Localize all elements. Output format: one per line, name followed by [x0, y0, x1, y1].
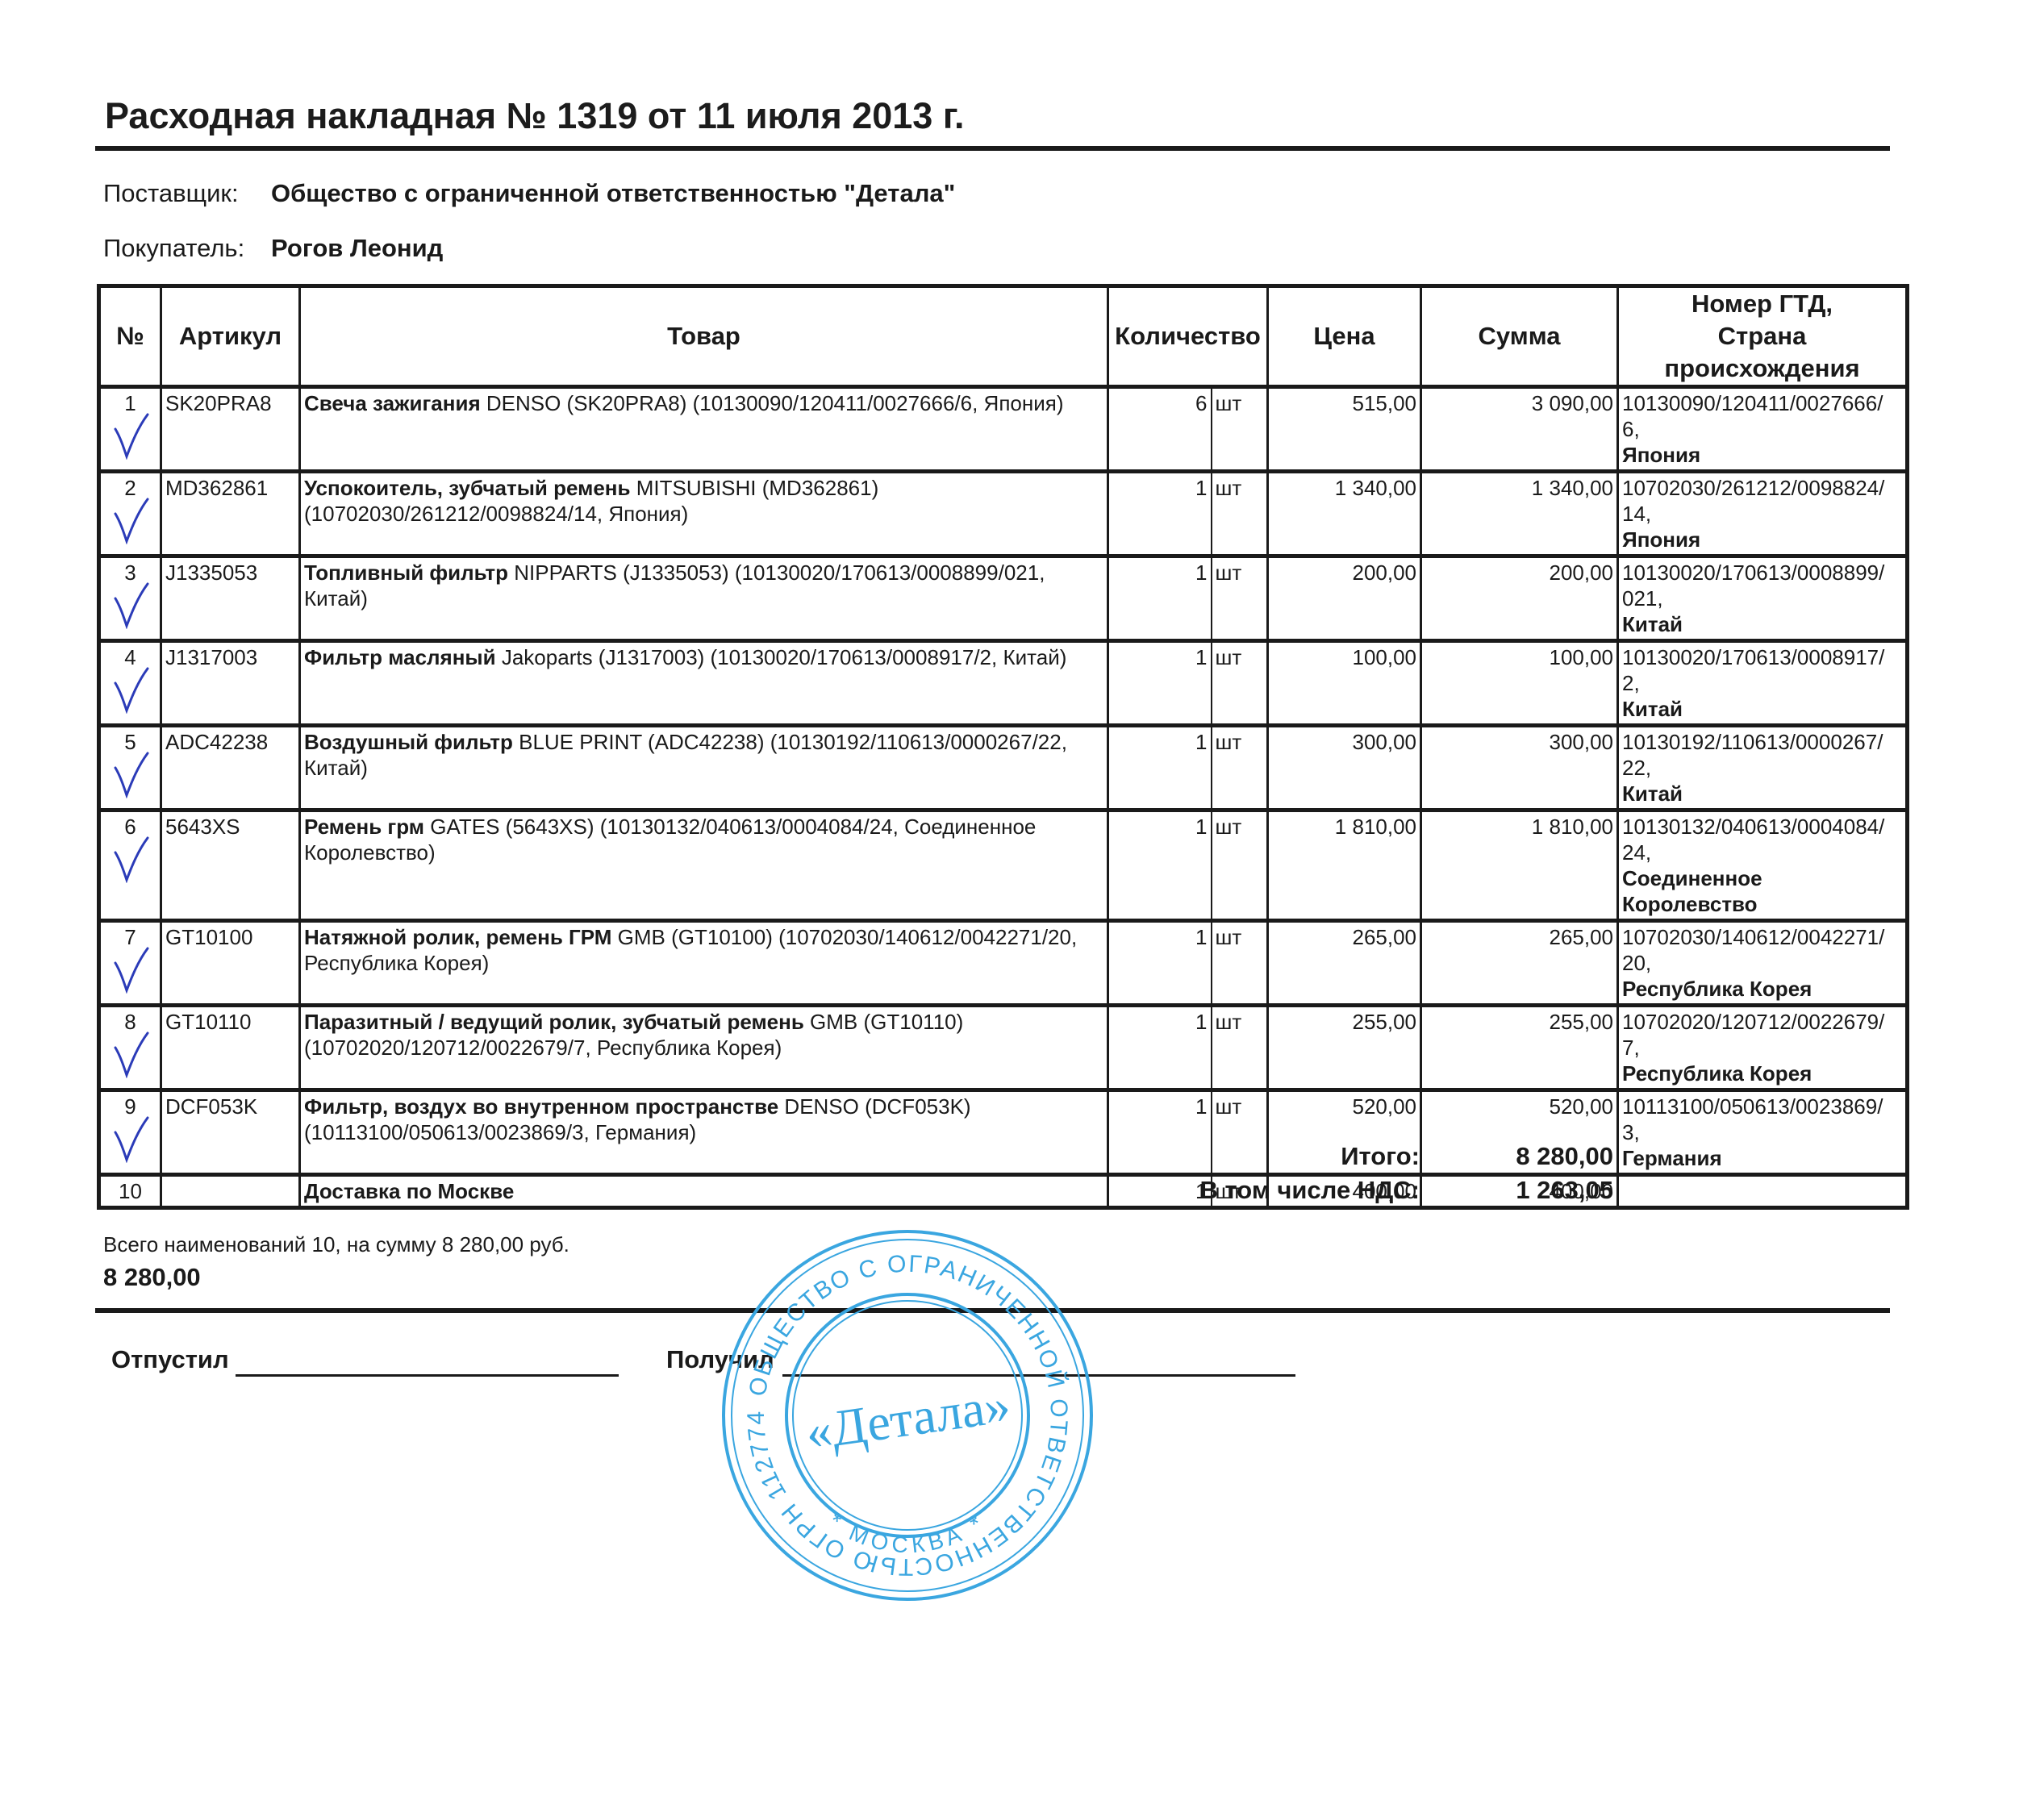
invoice-table: № Артикул Товар Количество Цена Сумма Но…	[97, 284, 1909, 1210]
row-unit: шт	[1212, 726, 1268, 811]
row-gtd: 10130020/170613/0008899/021,Китай	[1618, 556, 1908, 641]
table-row: 1SK20PRA8Свеча зажигания DENSO (SK20PRA8…	[99, 387, 1908, 472]
row-gtd-number: 10702030/261212/0098824/	[1622, 475, 1902, 501]
row-country: Республика Корея	[1622, 1061, 1902, 1086]
row-gtd-suffix: 24,	[1622, 840, 1902, 865]
row-num-cell: 7	[99, 921, 161, 1006]
row-num: 6	[124, 815, 136, 839]
table-row: 8GT10110Паразитный / ведущий ролик, зубч…	[99, 1006, 1908, 1090]
buyer-value: Рогов Леонид	[271, 234, 443, 262]
row-qty: 1	[1108, 811, 1212, 921]
row-unit: шт	[1212, 556, 1268, 641]
released-signature-line[interactable]	[236, 1374, 619, 1377]
row-gtd-suffix: 3,	[1622, 1119, 1902, 1145]
row-product-name: Фильтр масляный	[304, 645, 496, 669]
handwritten-check-icon	[112, 752, 151, 798]
row-gtd: 10702020/120712/0022679/7,Республика Кор…	[1618, 1006, 1908, 1090]
row-sum: 300,00	[1421, 726, 1618, 811]
header-product: Товар	[300, 286, 1108, 387]
header-sum: Сумма	[1421, 286, 1618, 387]
row-num: 10	[119, 1179, 142, 1203]
row-gtd: 10130192/110613/0000267/22,Китай	[1618, 726, 1908, 811]
vat-value: 1 263,05	[1452, 1176, 1613, 1205]
row-price: 1 340,00	[1268, 472, 1421, 556]
row-sum: 1 340,00	[1421, 472, 1618, 556]
total-label: Итого:	[1258, 1142, 1420, 1171]
row-price: 300,00	[1268, 726, 1421, 811]
row-gtd-suffix: 22,	[1622, 755, 1902, 781]
table-row: 4J1317003Фильтр масляный Jakoparts (J131…	[99, 641, 1908, 726]
invoice-title: Расходная накладная № 1319 от 11 июля 20…	[105, 95, 965, 137]
title-divider	[95, 146, 1890, 151]
row-article: GT10100	[161, 921, 300, 1006]
row-country: Китай	[1622, 696, 1902, 722]
row-gtd: 10702030/261212/0098824/14,Япония	[1618, 472, 1908, 556]
row-article: J1317003	[161, 641, 300, 726]
table-row: 10Доставка по Москве1шт400,00400,00	[99, 1175, 1908, 1208]
row-product: Фильтр масляный Jakoparts (J1317003) (10…	[300, 641, 1108, 726]
row-product: Топливный фильтр NIPPARTS (J1335053) (10…	[300, 556, 1108, 641]
row-article	[161, 1175, 300, 1208]
row-num: 7	[124, 925, 136, 949]
row-gtd-number: 10113100/050613/0023869/	[1622, 1094, 1902, 1119]
buyer-row: Покупатель:Рогов Леонид	[103, 234, 443, 263]
row-product: Свеча зажигания DENSO (SK20PRA8) (101300…	[300, 387, 1108, 472]
row-gtd-number: 10702020/120712/0022679/	[1622, 1009, 1902, 1035]
handwritten-check-icon	[112, 582, 151, 629]
row-qty: 1	[1108, 641, 1212, 726]
header-article: Артикул	[161, 286, 300, 387]
row-gtd-suffix: 7,	[1622, 1035, 1902, 1061]
row-gtd: 10130020/170613/0008917/2,Китай	[1618, 641, 1908, 726]
company-stamp: ОБЩЕСТВО С ОГРАНИЧЕННОЙ ОТВЕТСТВЕННОСТЬЮ…	[714, 1222, 1101, 1609]
row-article: J1335053	[161, 556, 300, 641]
row-price: 255,00	[1268, 1006, 1421, 1090]
row-country: Япония	[1622, 442, 1902, 468]
row-article: 5643XS	[161, 811, 300, 921]
row-product-details: DENSO (SK20PRA8) (10130090/120411/002766…	[481, 391, 1064, 415]
row-sum: 1 810,00	[1421, 811, 1618, 921]
header-gtd-line3: происхождения	[1621, 352, 1904, 385]
row-price: 515,00	[1268, 387, 1421, 472]
handwritten-check-icon	[112, 498, 151, 544]
row-sum: 100,00	[1421, 641, 1618, 726]
row-unit: шт	[1212, 811, 1268, 921]
table-row: 7GT10100Натяжной ролик, ремень ГРМ GMB (…	[99, 921, 1908, 1006]
table-row: 2MD362861Успокоитель, зубчатый ремень MI…	[99, 472, 1908, 556]
row-num: 8	[124, 1010, 136, 1034]
row-qty: 1	[1108, 921, 1212, 1006]
row-unit: шт	[1212, 641, 1268, 726]
handwritten-check-icon	[112, 836, 151, 883]
row-num: 3	[124, 561, 136, 585]
row-gtd-number: 10130090/120411/0027666/	[1622, 390, 1902, 416]
header-gtd: Номер ГТД, Страна происхождения	[1618, 286, 1908, 387]
row-country: Соединенное Королевство	[1622, 865, 1902, 917]
row-product: Паразитный / ведущий ролик, зубчатый рем…	[300, 1006, 1108, 1090]
row-sum: 265,00	[1421, 921, 1618, 1006]
header-quantity: Количество	[1108, 286, 1268, 387]
table-header-row: № Артикул Товар Количество Цена Сумма Но…	[99, 286, 1908, 387]
header-gtd-line1: Номер ГТД,	[1621, 288, 1904, 320]
row-sum: 3 090,00	[1421, 387, 1618, 472]
row-country: Германия	[1622, 1145, 1902, 1171]
row-gtd: 10130132/040613/0004084/24,Соединенное К…	[1618, 811, 1908, 921]
row-gtd: 10702030/140612/0042271/20,Республика Ко…	[1618, 921, 1908, 1006]
handwritten-check-icon	[112, 1031, 151, 1078]
row-product: Ремень грм GATES (5643XS) (10130132/0406…	[300, 811, 1108, 921]
row-gtd-number: 10130192/110613/0000267/	[1622, 729, 1902, 755]
row-country: Республика Корея	[1622, 976, 1902, 1002]
summary-amount: 8 280,00	[103, 1263, 201, 1292]
table-row: 9DCF053KФильтр, воздух во внутренном про…	[99, 1090, 1908, 1175]
row-product: Успокоитель, зубчатый ремень MITSUBISHI …	[300, 472, 1108, 556]
row-gtd-number: 10130020/170613/0008917/	[1622, 644, 1902, 670]
row-gtd-suffix: 021,	[1622, 586, 1902, 611]
summary-line: Всего наименований 10, на сумму 8 280,00…	[103, 1232, 569, 1257]
row-num-cell: 2	[99, 472, 161, 556]
released-label: Отпустил	[111, 1345, 229, 1374]
table-row: 3J1335053Топливный фильтр NIPPARTS (J133…	[99, 556, 1908, 641]
row-product: Воздушный фильтр BLUE PRINT (ADC42238) (…	[300, 726, 1108, 811]
row-product-name: Натяжной ролик, ремень ГРМ	[304, 925, 611, 949]
row-article: GT10110	[161, 1006, 300, 1090]
row-num: 1	[124, 391, 136, 415]
handwritten-check-icon	[112, 947, 151, 994]
row-qty: 1	[1108, 726, 1212, 811]
row-product: Натяжной ролик, ремень ГРМ GMB (GT10100)…	[300, 921, 1108, 1006]
supplier-value: Общество с ограниченной ответственностью…	[271, 179, 955, 207]
row-country: Китай	[1622, 611, 1902, 637]
row-price: 265,00	[1268, 921, 1421, 1006]
row-gtd-number: 10702030/140612/0042271/	[1622, 924, 1902, 950]
row-product-name: Свеча зажигания	[304, 391, 481, 415]
row-product-name: Ремень грм	[304, 815, 424, 839]
row-num: 5	[124, 730, 136, 754]
row-num: 2	[124, 476, 136, 500]
row-sum: 200,00	[1421, 556, 1618, 641]
row-article: ADC42238	[161, 726, 300, 811]
row-sum: 255,00	[1421, 1006, 1618, 1090]
row-qty: 1	[1108, 1090, 1212, 1175]
row-gtd-suffix: 14,	[1622, 501, 1902, 527]
row-num-cell: 5	[99, 726, 161, 811]
row-price: 200,00	[1268, 556, 1421, 641]
row-num-cell: 4	[99, 641, 161, 726]
row-num-cell: 9	[99, 1090, 161, 1175]
row-product: Доставка по Москве	[300, 1175, 1108, 1208]
row-num-cell: 3	[99, 556, 161, 641]
row-num: 4	[124, 645, 136, 669]
row-product-name: Доставка по Москве	[304, 1179, 514, 1203]
row-gtd: 10130090/120411/0027666/6,Япония	[1618, 387, 1908, 472]
row-qty: 1	[1108, 1006, 1212, 1090]
buyer-label: Покупатель:	[103, 234, 271, 263]
row-qty: 1	[1108, 472, 1212, 556]
row-gtd-number: 10130132/040613/0004084/	[1622, 814, 1902, 840]
total-value: 8 280,00	[1452, 1142, 1613, 1171]
table-row: 65643XSРемень грм GATES (5643XS) (101301…	[99, 811, 1908, 921]
row-unit: шт	[1212, 387, 1268, 472]
header-gtd-line2: Страна	[1621, 320, 1904, 352]
row-product-name: Фильтр, воздух во внутренном пространств…	[304, 1094, 778, 1119]
handwritten-check-icon	[112, 1116, 151, 1163]
row-gtd-suffix: 2,	[1622, 670, 1902, 696]
row-qty: 6	[1108, 387, 1212, 472]
row-gtd	[1618, 1175, 1908, 1208]
header-num: №	[99, 286, 161, 387]
row-num-cell: 1	[99, 387, 161, 472]
row-product-details: Jakoparts (J1317003) (10130020/170613/00…	[496, 645, 1067, 669]
row-article: DCF053K	[161, 1090, 300, 1175]
row-unit: шт	[1212, 472, 1268, 556]
row-article: MD362861	[161, 472, 300, 556]
row-country: Япония	[1622, 527, 1902, 552]
row-product-name: Воздушный фильтр	[304, 730, 513, 754]
row-unit: шт	[1212, 921, 1268, 1006]
row-gtd-suffix: 6,	[1622, 416, 1902, 442]
row-price: 100,00	[1268, 641, 1421, 726]
row-product-name: Топливный фильтр	[304, 561, 508, 585]
row-country: Китай	[1622, 781, 1902, 806]
row-num-cell: 10	[99, 1175, 161, 1208]
row-num-cell: 8	[99, 1006, 161, 1090]
row-gtd-suffix: 20,	[1622, 950, 1902, 976]
stamp-center-text: «Детала»	[802, 1376, 1013, 1461]
row-price: 1 810,00	[1268, 811, 1421, 921]
row-unit: шт	[1212, 1006, 1268, 1090]
supplier-row: Поставщик:Общество с ограниченной ответс…	[103, 179, 955, 208]
row-qty: 1	[1108, 556, 1212, 641]
row-article: SK20PRA8	[161, 387, 300, 472]
table-row: 5ADC42238Воздушный фильтр BLUE PRINT (AD…	[99, 726, 1908, 811]
row-num-cell: 6	[99, 811, 161, 921]
row-product: Фильтр, воздух во внутренном пространств…	[300, 1090, 1108, 1175]
row-product-name: Паразитный / ведущий ролик, зубчатый рем…	[304, 1010, 804, 1034]
handwritten-check-icon	[112, 413, 151, 460]
supplier-label: Поставщик:	[103, 179, 271, 208]
handwritten-check-icon	[112, 667, 151, 714]
header-price: Цена	[1268, 286, 1421, 387]
row-gtd: 10113100/050613/0023869/3,Германия	[1618, 1090, 1908, 1175]
row-product-name: Успокоитель, зубчатый ремень	[304, 476, 631, 500]
row-num: 9	[124, 1094, 136, 1119]
vat-label: В том числе НДС:	[1097, 1176, 1420, 1205]
row-gtd-number: 10130020/170613/0008899/	[1622, 560, 1902, 586]
